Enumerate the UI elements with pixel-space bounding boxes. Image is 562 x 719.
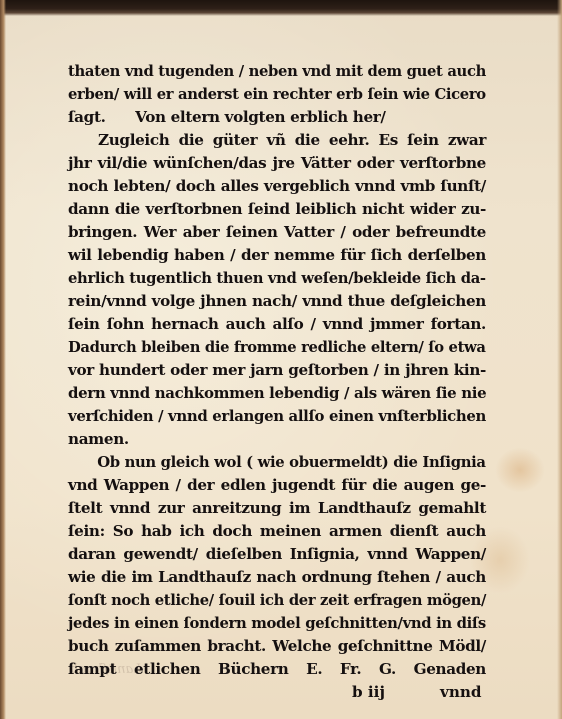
text-line-7: dann die verſtorbnen ſeind leiblich nich… [68,198,486,221]
page-top-shadow-edge [0,0,562,16]
catchword: vnnd [440,681,482,704]
book-page: Lanitſhuob thaten vnd tugenden / neben v… [0,0,562,719]
text-line-24: ſonſt noch etliche/ ſouil ich der zeit e… [68,589,473,612]
text-line-1: thaten vnd tugenden / neben vnd mit dem … [68,60,474,83]
text-line-15: dern vnnd nachkommen lebendig / als wäre… [68,382,480,405]
text-line-25: jedes in einen ſondern model geſchnitten… [68,612,475,635]
text-line-9: wil lebendig haben / der nemme für ſich … [68,244,486,267]
text-line-23: wie die im Landthauſz nach ordnung ſtehe… [68,566,486,589]
text-line-3: ſagt. Von eltern volgten erblich her/ [68,106,386,129]
text-line-18: Ob nun gleich wol ( wie obuermeldt) die … [68,451,475,474]
signature-mark: b iij [352,681,385,704]
text-line-27: ſampt etlichen Büchern E. Fr. G. Genaden [68,658,486,681]
text-line-2: erben/ will er anderst ein rechter erb ſ… [68,83,474,106]
text-line-5: jhr vil/die wünſchen/das jre Vätter oder… [68,152,486,175]
text-line-8: bringen. Wer aber ſeinen Vatter / oder b… [68,221,486,244]
text-line-22: daran gewendt/ dieſelben Inſignia, vnnd … [68,543,486,566]
text-line-19: vnd Wappen / der edlen jugendt für die a… [68,474,486,497]
text-line-6: noch lebten/ doch alles vergeblich vnnd … [68,175,486,198]
text-line-20: ſtelt vnnd zur anreitzung im Landthauſz … [68,497,486,520]
text-line-26: buch zuſammen bracht. Welche geſchnittne… [68,635,486,658]
text-line-17: namen. [68,428,129,451]
text-line-4: Zugleich die güter vñ die eehr. Es ſein … [68,129,486,152]
text-line-14: vor hundert oder mer jarn geſtorben / in… [68,359,486,382]
text-line-16: verſchiden / vnnd erlangen allſo einen v… [68,405,478,428]
text-line-11: rein/vnnd volge jhnen nach/ vnnd thue de… [68,290,486,313]
text-line-13: Dadurch bleiben die fromme redliche elte… [68,336,473,359]
page-right-edge [557,0,562,719]
text-line-21: ſein: So hab ich doch meinen armen dienſ… [68,520,486,543]
text-line-10: ehrlich tugentlich thuen vnd weſen/bekle… [68,267,474,290]
text-line-12: ſein ſohn hernach auch alſo / vnnd jmmer… [68,313,486,336]
page-left-edge [0,0,6,719]
